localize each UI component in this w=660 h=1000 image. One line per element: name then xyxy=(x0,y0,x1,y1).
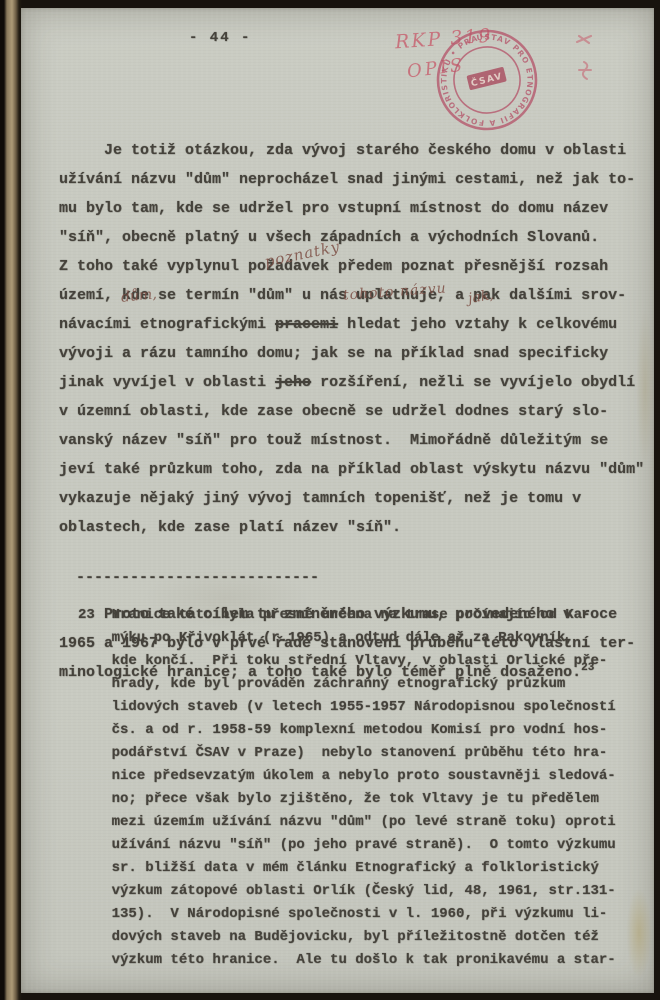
paper-stain xyxy=(626,888,652,978)
adjacent-page-edge xyxy=(0,0,22,1000)
paragraph-1: Je totiž otázkou, zda vývoj starého česk… xyxy=(59,136,644,542)
text-line: výzkum této hranice. Ale tu došlo k tak … xyxy=(78,949,616,972)
text-line: 23 Hranice tato byla přesně určena na tr… xyxy=(78,604,616,627)
struck-out-word: pracemi xyxy=(275,316,338,333)
text-line: "síň", obecně platný u všech západních a… xyxy=(59,223,644,252)
text-line: Z toho také vyplynul požadavek předem po… xyxy=(59,252,644,281)
text-line: užívání názvu "dům" neprocházel snad jin… xyxy=(59,165,644,194)
text-line: kde končí. Při toku střední Vltavy, v ob… xyxy=(78,650,616,673)
struck-out-word: jeho xyxy=(275,374,311,391)
text-line: jinak vyvíjel v oblasti jeho rozšíření, … xyxy=(59,368,644,397)
text-line: hrady, kde byl prováděn záchranný etnogr… xyxy=(78,673,616,696)
footnote-separator: --------------------------- xyxy=(76,568,319,588)
text-line: vývoji a rázu tamního domu; jak se na př… xyxy=(59,339,644,368)
text-line: 135). V Národopisné společnosti v l. 196… xyxy=(78,903,616,926)
text-line: Je totiž otázkou, zda vývoj starého česk… xyxy=(59,136,644,165)
text-line: podářství ČSAV v Praze) nebylo stanovení… xyxy=(78,742,616,765)
text-line: dových staveb na Budějovicku, byl přílež… xyxy=(78,926,616,949)
text-line: no; přece však bylo zjištěno, že tok Vlt… xyxy=(78,788,616,811)
text-line: nice předsevzatým úkolem a nebylo proto … xyxy=(78,765,616,788)
text-line: návacími etnografickými pracemi hledat j… xyxy=(59,310,644,339)
text-line: vanský název "síň" pro touž místnost. Mi… xyxy=(59,426,644,455)
text-line: vykazuje nějaký jiný vývoj tamních topen… xyxy=(59,484,644,513)
scanned-page: - 44 - RKP 319 OPIS ÚSTAV PRO ETNOGRAFII… xyxy=(21,8,654,993)
text-line: mýku po Křivoklát (r.1965) a odtud dále … xyxy=(78,627,616,650)
footnote-23: 23 Hranice tato byla přesně určena na tr… xyxy=(78,604,616,972)
text-line: oblastech, kde zase platí název "síň". xyxy=(59,513,644,542)
text-line: lidových staveb (v letech 1955-1957 Náro… xyxy=(78,696,616,719)
text-line: výzkum zátopové oblasti Orlík (Český lid… xyxy=(78,880,616,903)
text-line: užívání názvu "síň" (po jeho pravé stran… xyxy=(78,834,616,857)
text-line: mezi územím užívání názvu "dům" (po levé… xyxy=(78,811,616,834)
page-number: - 44 - xyxy=(189,30,251,46)
text-line: mu bylo tam, kde se udržel pro vstupní m… xyxy=(59,194,644,223)
text-line: čs. a od r. 1958-59 komplexní metodou Ko… xyxy=(78,719,616,742)
text-line: sr. bližší data v mém článku Etnografick… xyxy=(78,857,616,880)
text-line: jeví také průzkum toho, zda na příklad o… xyxy=(59,455,644,484)
text-line: v územní oblasti, kde zase obecně se udr… xyxy=(59,397,644,426)
